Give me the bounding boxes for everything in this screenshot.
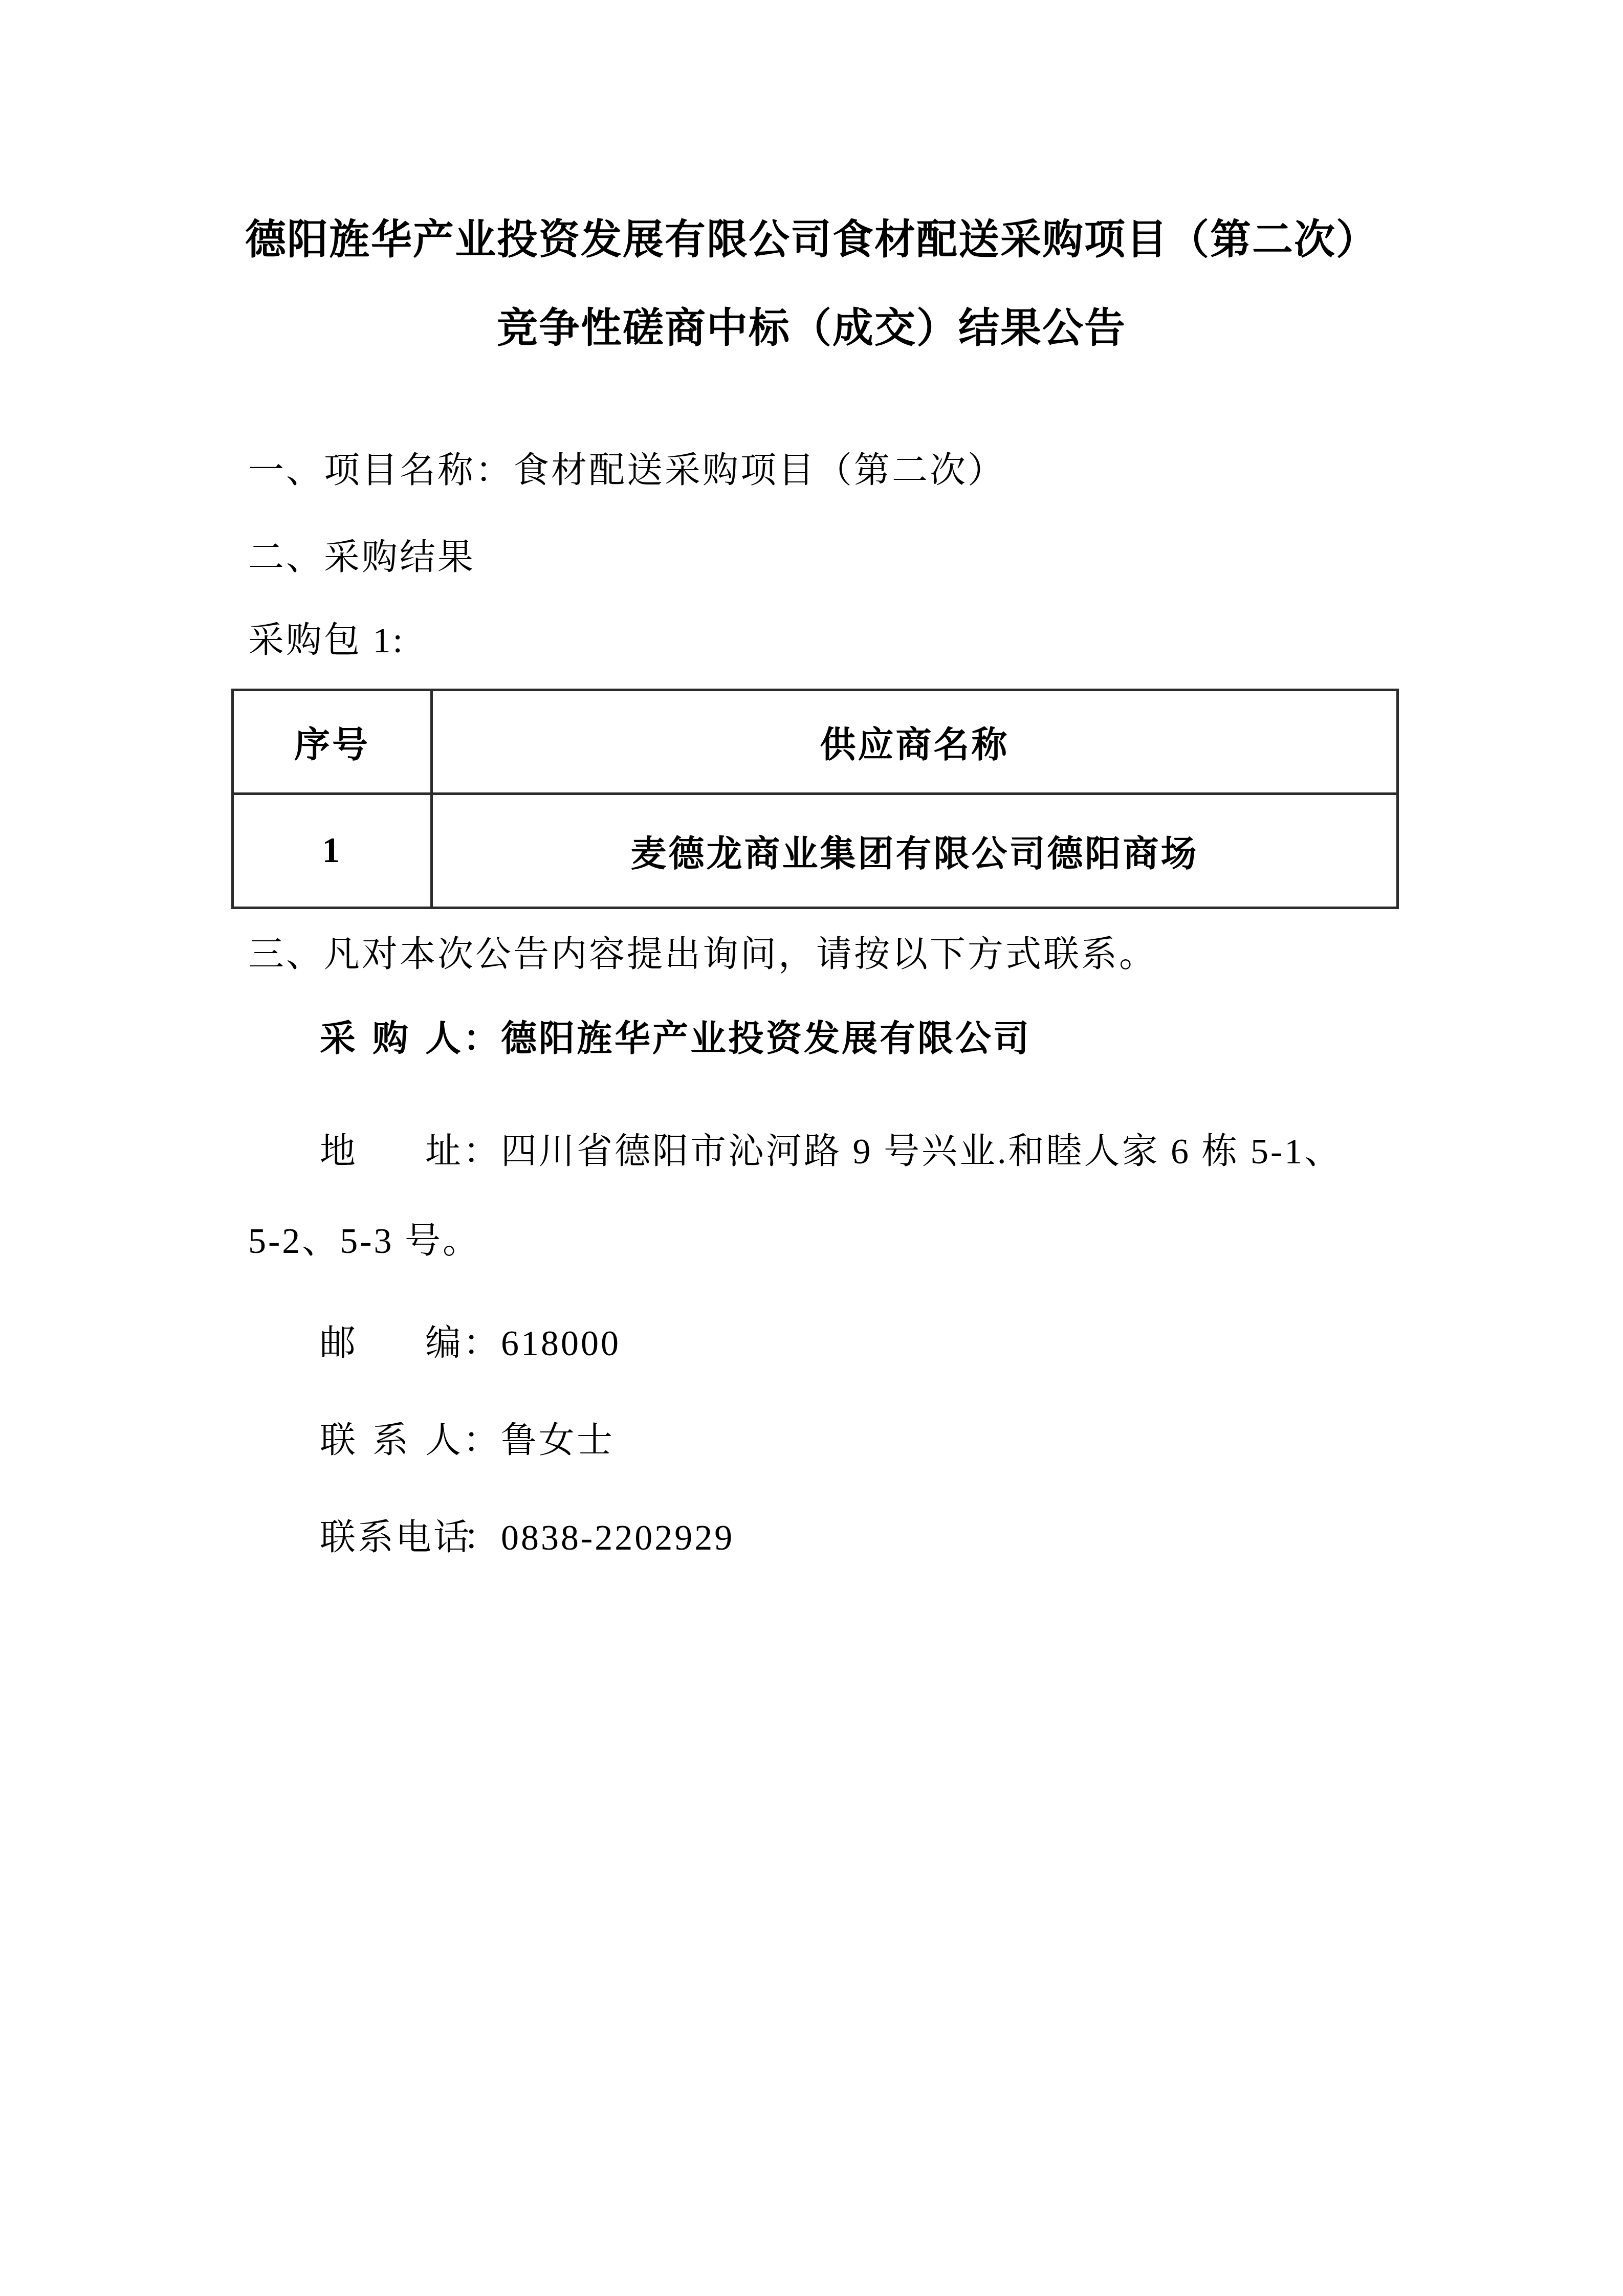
contact-address-row: 地址：四川省德阳市沁河路 9 号兴业.和睦人家 6 栋 5-1、	[248, 1134, 1390, 1170]
section-2-procurement-result: 二、采购结果	[248, 540, 1390, 576]
phone-value: 0838-2202929	[501, 1518, 734, 1558]
contact-person-row: 联系人：鲁女士	[248, 1423, 1390, 1459]
contact-phone-row: 联系电话：0838-2202929	[248, 1520, 1390, 1556]
phone-colon: ：	[463, 1518, 501, 1558]
section-1-project-name: 一、项目名称：食材配送采购项目（第二次）	[248, 453, 1390, 489]
person-value: 鲁女士	[501, 1421, 615, 1461]
buyer-colon: ：	[463, 1020, 501, 1059]
address-label: 地址	[320, 1134, 463, 1170]
cell-supplier-name: 麦德龙商业集团有限公司德阳商场	[432, 794, 1398, 908]
person-label: 联系人	[320, 1423, 463, 1459]
address-value: 四川省德阳市沁河路 9 号兴业.和睦人家 6 栋 5-1、	[501, 1132, 1342, 1172]
contact-zip-row: 邮编：618000	[248, 1326, 1390, 1362]
document-page: 德阳旌华产业投资发展有限公司食材配送采购项目（第二次） 竞争性磋商中标（成交）结…	[0, 0, 1623, 2296]
table-row: 1 麦德龙商业集团有限公司德阳商场	[233, 794, 1398, 908]
package-label: 采购包 1:	[248, 623, 1390, 659]
cell-seq-no: 1	[233, 794, 432, 908]
col-header-supplier: 供应商名称	[432, 690, 1398, 794]
section-3-contact-intro: 三、凡对本次公告内容提出询问，请按以下方式联系。	[248, 937, 1390, 973]
buyer-value: 德阳旌华产业投资发展有限公司	[501, 1020, 1031, 1059]
address-colon: ：	[463, 1132, 501, 1172]
zip-label: 邮编	[320, 1326, 463, 1362]
zip-value: 618000	[501, 1324, 621, 1363]
document-title-line1: 德阳旌华产业投资发展有限公司食材配送采购项目（第二次）	[0, 217, 1623, 262]
contact-buyer-row: 采购人：德阳旌华产业投资发展有限公司	[248, 1022, 1390, 1057]
person-colon: ：	[463, 1421, 501, 1461]
table-header-row: 序号 供应商名称	[233, 690, 1398, 794]
col-header-seq: 序号	[233, 690, 432, 794]
zip-colon: ：	[463, 1324, 501, 1363]
document-title-line2: 竞争性磋商中标（成交）结果公告	[0, 306, 1623, 351]
results-table: 序号 供应商名称 1 麦德龙商业集团有限公司德阳商场	[231, 689, 1399, 909]
buyer-label: 采购人	[320, 1022, 463, 1057]
phone-label: 联系电话	[320, 1520, 463, 1556]
contact-address-wrap-line: 5-2、5-3 号。	[248, 1224, 1390, 1260]
